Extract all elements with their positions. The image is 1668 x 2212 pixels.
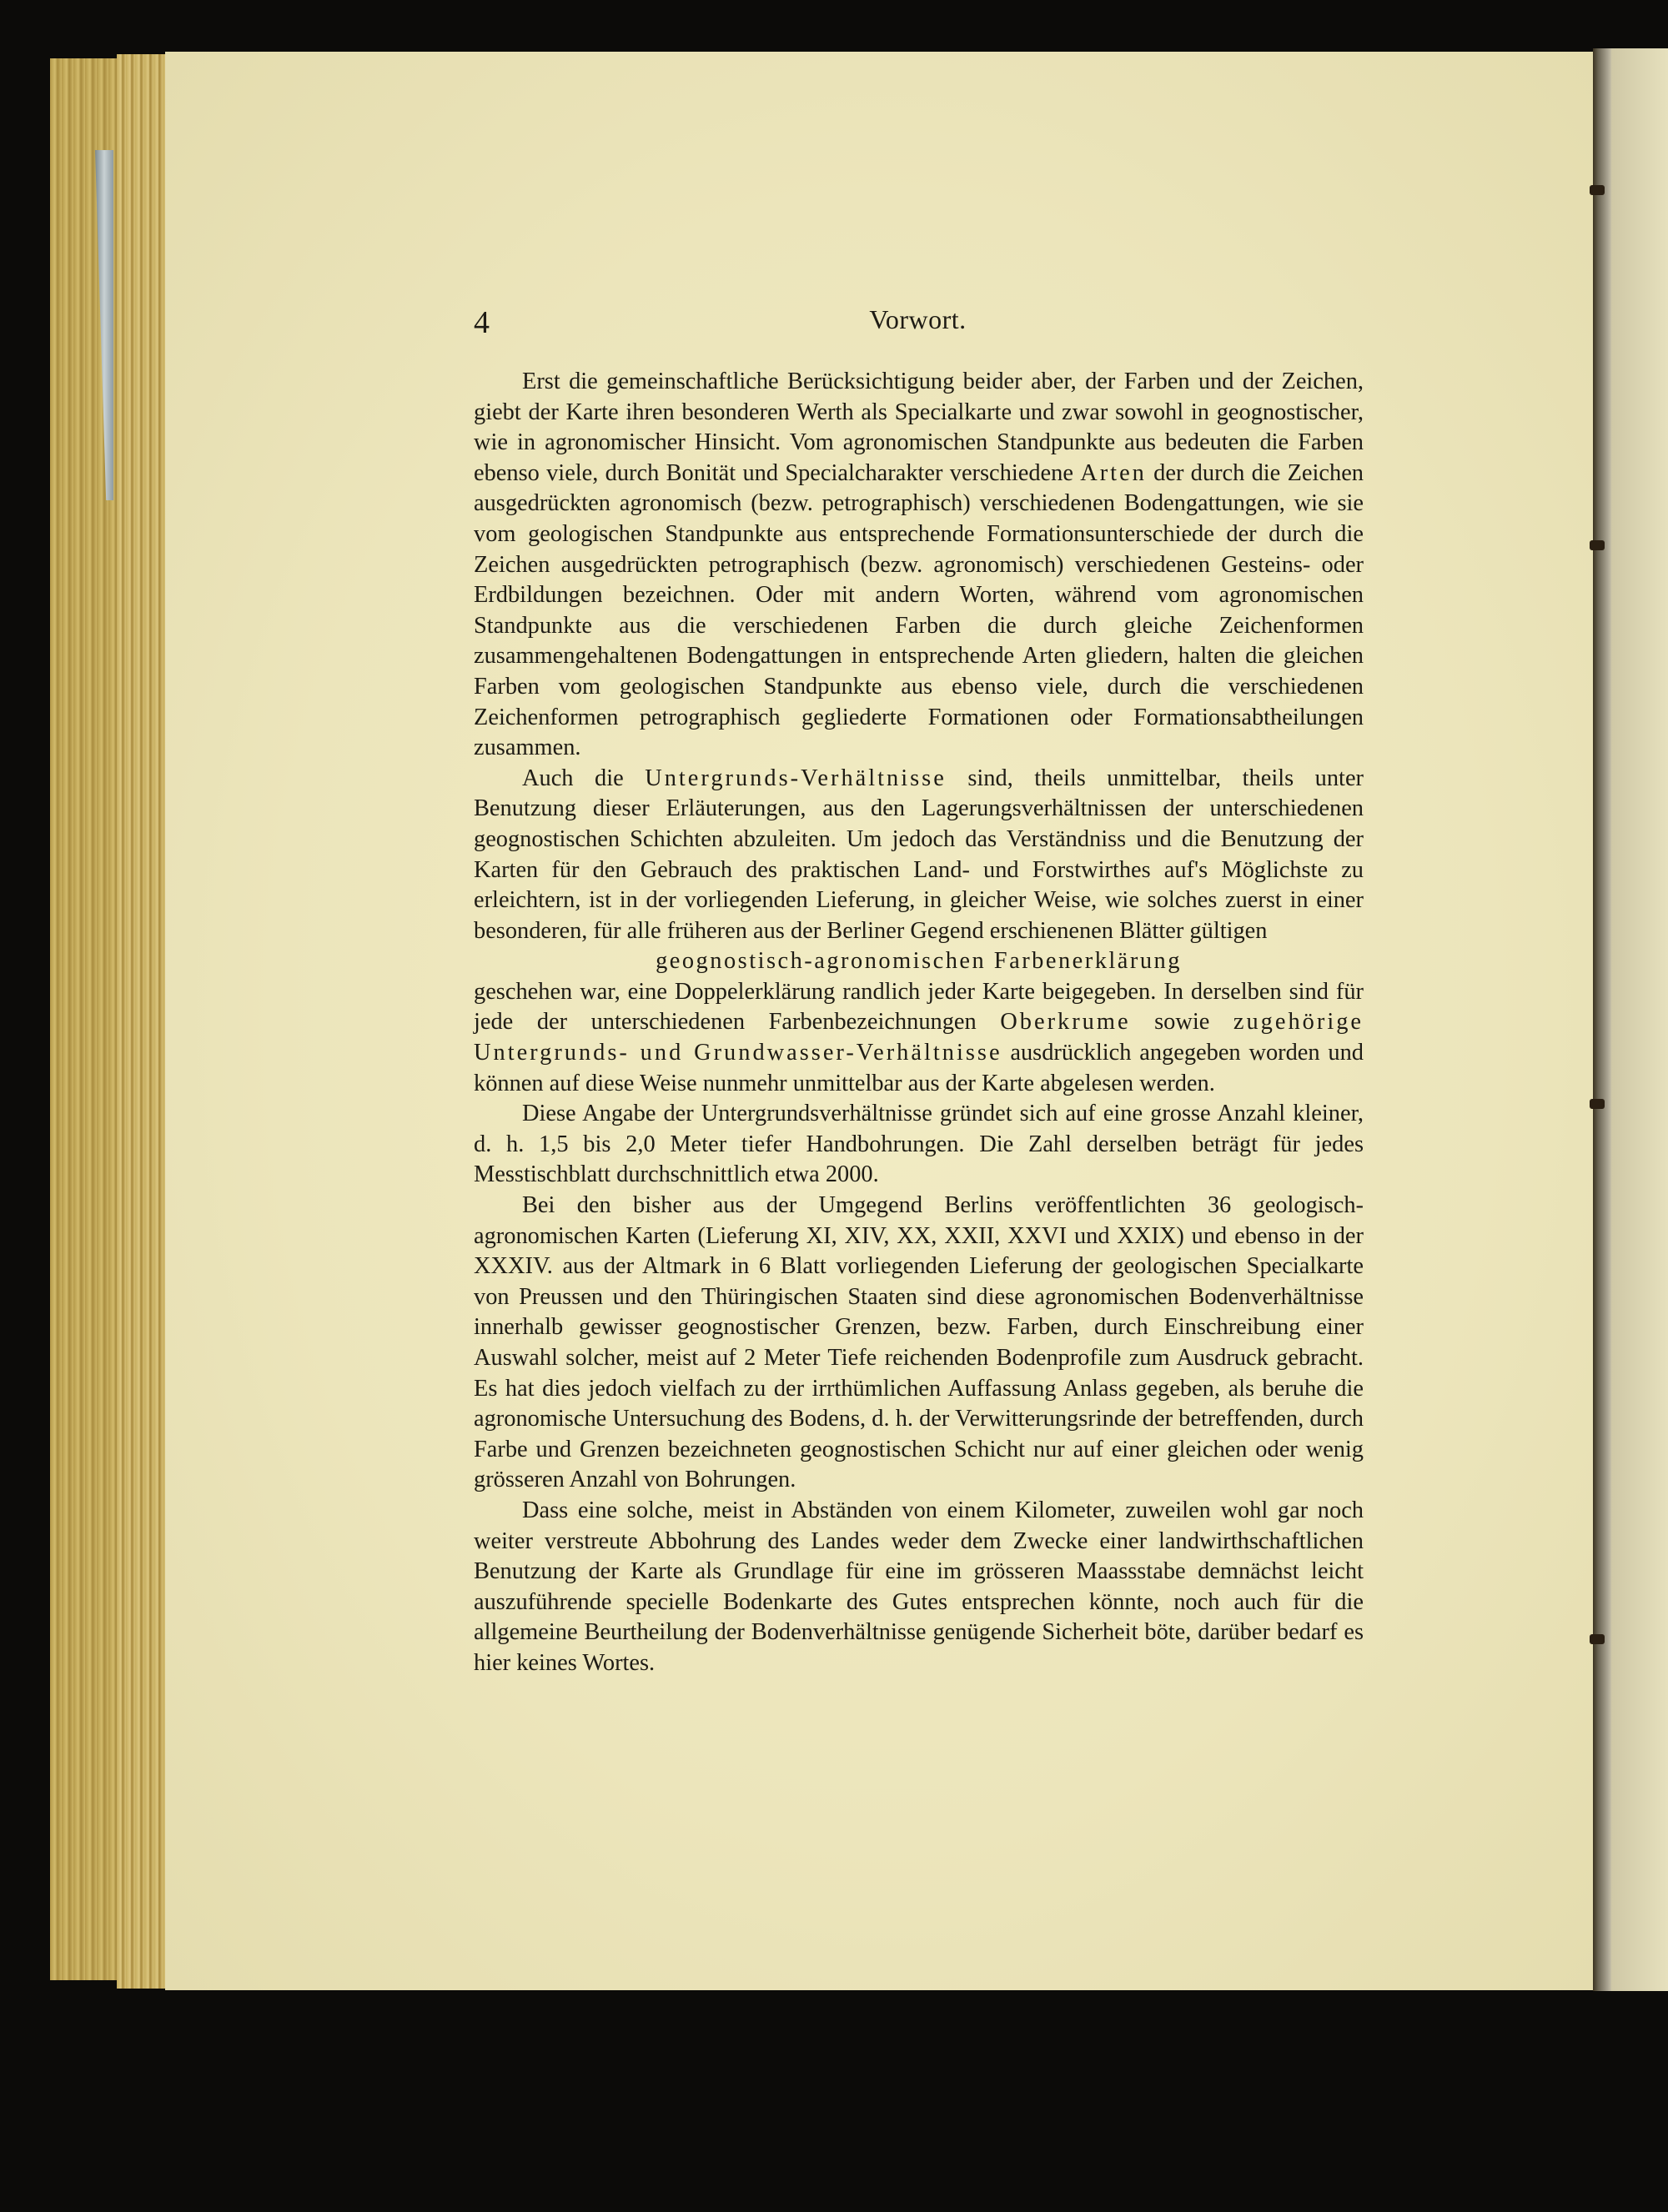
body-text: Erst die gemeinschaftliche Berücksichtig…	[474, 367, 1364, 1679]
binding-thread-mark	[1590, 185, 1605, 195]
paragraph: Bei den bisher aus der Umgegend Berlins …	[474, 1191, 1364, 1496]
centered-heading-line: geognostisch-agronomischen Farbenerkläru…	[474, 946, 1364, 977]
paragraph: Dass eine solche, meist in Abständen von…	[474, 1496, 1364, 1679]
book-gutter	[1593, 48, 1611, 1991]
paragraph: Erst die gemeinschaftliche Berücksichtig…	[474, 367, 1364, 764]
binding-thread-mark	[1590, 1099, 1605, 1109]
emphasis: Arten	[1080, 460, 1147, 486]
running-title: Vorwort.	[474, 304, 1362, 335]
book-page-edges-inner	[117, 54, 167, 1989]
emphasis: Oberkrume	[1000, 1009, 1130, 1035]
page-header: 4 Vorwort.	[474, 304, 1362, 346]
paragraph: Auch die Untergrunds-Verhältnisse sind, …	[474, 764, 1364, 947]
binding-thread-mark	[1590, 1634, 1605, 1644]
paragraph: Diese Angabe der Untergrundsverhältnisse…	[474, 1099, 1364, 1191]
emphasis: Untergrunds-Verhältnisse	[645, 765, 947, 791]
facing-page-edge	[1611, 48, 1668, 1991]
binding-thread-mark	[1590, 540, 1605, 550]
paragraph-continuation: geschehen war, eine Doppelerklärung rand…	[474, 977, 1364, 1099]
